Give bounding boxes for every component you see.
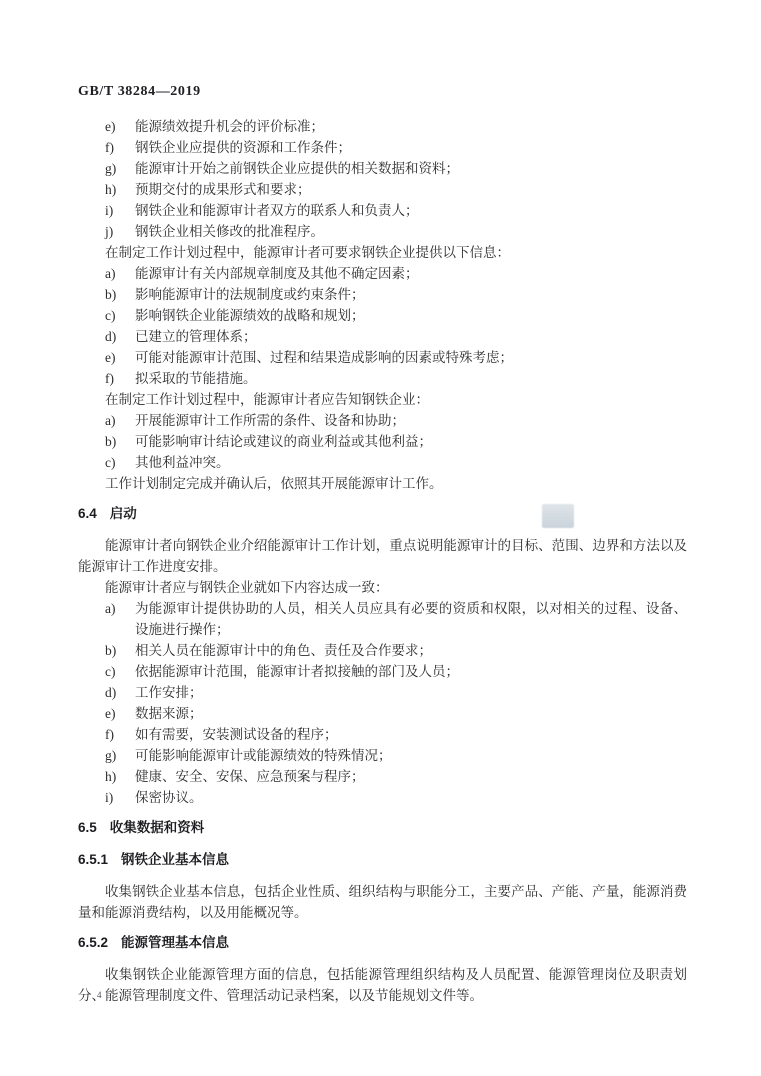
list-item: h)预期交付的成果形式和要求； bbox=[78, 179, 687, 200]
list-item-marker: i) bbox=[105, 200, 135, 221]
section-number: 6.4 bbox=[78, 506, 97, 521]
list-item-marker: h) bbox=[105, 179, 135, 200]
list-item-marker: g) bbox=[105, 158, 135, 179]
list-item-text: 钢铁企业应提供的资源和工作条件； bbox=[135, 137, 687, 158]
list-item-text: 影响钢铁企业能源绩效的战略和规划； bbox=[135, 305, 687, 326]
list-item-marker: b) bbox=[105, 284, 135, 305]
section-title: 收集数据和资料 bbox=[110, 820, 205, 835]
section-title: 能源管理基本信息 bbox=[121, 935, 229, 950]
list-item: f)钢铁企业应提供的资源和工作条件； bbox=[78, 137, 687, 158]
section-heading-6-4: 6.4启动 bbox=[78, 503, 687, 524]
paragraph-basic-info: 收集钢铁企业基本信息，包括企业性质、组织结构与职能分工，主要产品、产能、产量，能… bbox=[78, 881, 687, 923]
list-item: d)已建立的管理体系； bbox=[78, 326, 687, 347]
paragraph-request-info: 在制定工作计划过程中，能源审计者可要求钢铁企业提供以下信息： bbox=[105, 242, 687, 263]
list-item: f)拟采取的节能措施。 bbox=[78, 368, 687, 389]
section-heading-6-5-2: 6.5.2能源管理基本信息 bbox=[78, 932, 687, 953]
list-item-marker: d) bbox=[105, 682, 135, 703]
section-title: 启动 bbox=[110, 506, 137, 521]
watermark-smudge bbox=[542, 504, 574, 528]
doc-code-header: GB/T 38284—2019 bbox=[78, 84, 687, 100]
list-item-text: 其他利益冲突。 bbox=[135, 452, 687, 473]
section-number: 6.5.2 bbox=[78, 935, 108, 950]
list-item: f)如有需要，安装测试设备的程序； bbox=[78, 724, 687, 745]
list-item-text: 依据能源审计范围，能源审计者拟接触的部门及人员； bbox=[135, 661, 687, 682]
list-item-text: 开展能源审计工作所需的条件、设备和协助； bbox=[135, 410, 687, 431]
list-item-marker: a) bbox=[105, 598, 135, 640]
list-item: d)工作安排； bbox=[78, 682, 687, 703]
list-item: b)可能影响审计结论或建议的商业利益或其他利益； bbox=[78, 431, 687, 452]
list-item: b)相关人员在能源审计中的角色、责任及合作要求； bbox=[78, 640, 687, 661]
list-item-marker: b) bbox=[105, 431, 135, 452]
list-item-marker: e) bbox=[105, 703, 135, 724]
list-item-marker: f) bbox=[105, 368, 135, 389]
list-item: i)保密协议。 bbox=[78, 787, 687, 808]
list-item-marker: f) bbox=[105, 724, 135, 745]
list-item-marker: d) bbox=[105, 326, 135, 347]
list-item-text: 能源绩效提升机会的评价标准； bbox=[135, 116, 687, 137]
list-item-text: 影响能源审计的法规制度或约束条件； bbox=[135, 284, 687, 305]
section-number: 6.5.1 bbox=[78, 852, 108, 867]
list-item-marker: b) bbox=[105, 640, 135, 661]
list-item: c)其他利益冲突。 bbox=[78, 452, 687, 473]
list-item-marker: h) bbox=[105, 766, 135, 787]
list-item: a)为能源审计提供协助的人员，相关人员应具有必要的资质和权限，以对相关的过程、设… bbox=[78, 598, 687, 640]
list-item-text: 可能影响审计结论或建议的商业利益或其他利益； bbox=[135, 431, 687, 452]
list-item: c)影响钢铁企业能源绩效的战略和规划； bbox=[78, 305, 687, 326]
list-item: a)开展能源审计工作所需的条件、设备和协助； bbox=[78, 410, 687, 431]
list-item-marker: a) bbox=[105, 410, 135, 431]
list-item: b)影响能源审计的法规制度或约束条件； bbox=[78, 284, 687, 305]
list-item-marker: f) bbox=[105, 137, 135, 158]
list-item-marker: j) bbox=[105, 221, 135, 242]
section-number: 6.5 bbox=[78, 820, 97, 835]
list-item: g)可能影响能源审计或能源绩效的特殊情况； bbox=[78, 745, 687, 766]
paragraph-plan-confirmed: 工作计划制定完成并确认后，依照其开展能源审计工作。 bbox=[105, 473, 687, 494]
list-item-marker: e) bbox=[105, 116, 135, 137]
list-item-text: 可能对能源审计范围、过程和结果造成影响的因素或特殊考虑； bbox=[135, 347, 687, 368]
list-item: a)能源审计有关内部规章制度及其他不确定因素； bbox=[78, 263, 687, 284]
list-item-marker: c) bbox=[105, 452, 135, 473]
section-heading-6-5-1: 6.5.1钢铁企业基本信息 bbox=[78, 849, 687, 870]
list-item-text: 能源审计有关内部规章制度及其他不确定因素； bbox=[135, 263, 687, 284]
paragraph-intro-plan: 能源审计者向钢铁企业介绍能源审计工作计划，重点说明能源审计的目标、范围、边界和方… bbox=[78, 535, 687, 577]
list-item-text: 数据来源； bbox=[135, 703, 687, 724]
list-item-text: 钢铁企业相关修改的批准程序。 bbox=[135, 221, 687, 242]
list-item-text: 为能源审计提供协助的人员，相关人员应具有必要的资质和权限，以对相关的过程、设备、… bbox=[135, 598, 687, 640]
list-item-text: 保密协议。 bbox=[135, 787, 687, 808]
list-item-text: 能源审计开始之前钢铁企业应提供的相关数据和资料； bbox=[135, 158, 687, 179]
list-item-marker: c) bbox=[105, 661, 135, 682]
list-item-marker: g) bbox=[105, 745, 135, 766]
list-efghij: e)能源绩效提升机会的评价标准； f)钢铁企业应提供的资源和工作条件； g)能源… bbox=[78, 116, 687, 242]
list-item-text: 相关人员在能源审计中的角色、责任及合作要求； bbox=[135, 640, 687, 661]
list-item: e)能源绩效提升机会的评价标准； bbox=[78, 116, 687, 137]
section-heading-6-5: 6.5收集数据和资料 bbox=[78, 817, 687, 838]
list-a-to-i: a)为能源审计提供协助的人员，相关人员应具有必要的资质和权限，以对相关的过程、设… bbox=[78, 598, 687, 808]
list-item-marker: a) bbox=[105, 263, 135, 284]
page-number: 4 bbox=[97, 990, 102, 1000]
list-item: i)钢铁企业和能源审计者双方的联系人和负责人； bbox=[78, 200, 687, 221]
list-item: g)能源审计开始之前钢铁企业应提供的相关数据和资料； bbox=[78, 158, 687, 179]
document-page: GB/T 38284—2019 e)能源绩效提升机会的评价标准； f)钢铁企业应… bbox=[0, 0, 761, 1076]
list-abcdef: a)能源审计有关内部规章制度及其他不确定因素； b)影响能源审计的法规制度或约束… bbox=[78, 263, 687, 389]
list-item-text: 可能影响能源审计或能源绩效的特殊情况； bbox=[135, 745, 687, 766]
list-item: h)健康、安全、安保、应急预案与程序； bbox=[78, 766, 687, 787]
paragraph-agree: 能源审计者应与钢铁企业就如下内容达成一致： bbox=[78, 577, 687, 598]
list-item: e)可能对能源审计范围、过程和结果造成影响的因素或特殊考虑； bbox=[78, 347, 687, 368]
list-item-marker: c) bbox=[105, 305, 135, 326]
paragraph-inform: 在制定工作计划过程中，能源审计者应告知钢铁企业： bbox=[105, 389, 687, 410]
list-item-marker: i) bbox=[105, 787, 135, 808]
list-item-text: 钢铁企业和能源审计者双方的联系人和负责人； bbox=[135, 200, 687, 221]
list-item-text: 健康、安全、安保、应急预案与程序； bbox=[135, 766, 687, 787]
paragraph-energy-mgmt-info: 收集钢铁企业能源管理方面的信息，包括能源管理组织结构及人员配置、能源管理岗位及职… bbox=[78, 964, 687, 1006]
list-item-text: 如有需要，安装测试设备的程序； bbox=[135, 724, 687, 745]
section-title: 钢铁企业基本信息 bbox=[121, 852, 229, 867]
list-item-text: 工作安排； bbox=[135, 682, 687, 703]
list-abc: a)开展能源审计工作所需的条件、设备和协助； b)可能影响审计结论或建议的商业利… bbox=[78, 410, 687, 473]
list-item: e)数据来源； bbox=[78, 703, 687, 724]
list-item-text: 预期交付的成果形式和要求； bbox=[135, 179, 687, 200]
list-item: j)钢铁企业相关修改的批准程序。 bbox=[78, 221, 687, 242]
list-item-marker: e) bbox=[105, 347, 135, 368]
list-item-text: 已建立的管理体系； bbox=[135, 326, 687, 347]
list-item: c)依据能源审计范围，能源审计者拟接触的部门及人员； bbox=[78, 661, 687, 682]
list-item-text: 拟采取的节能措施。 bbox=[135, 368, 687, 389]
